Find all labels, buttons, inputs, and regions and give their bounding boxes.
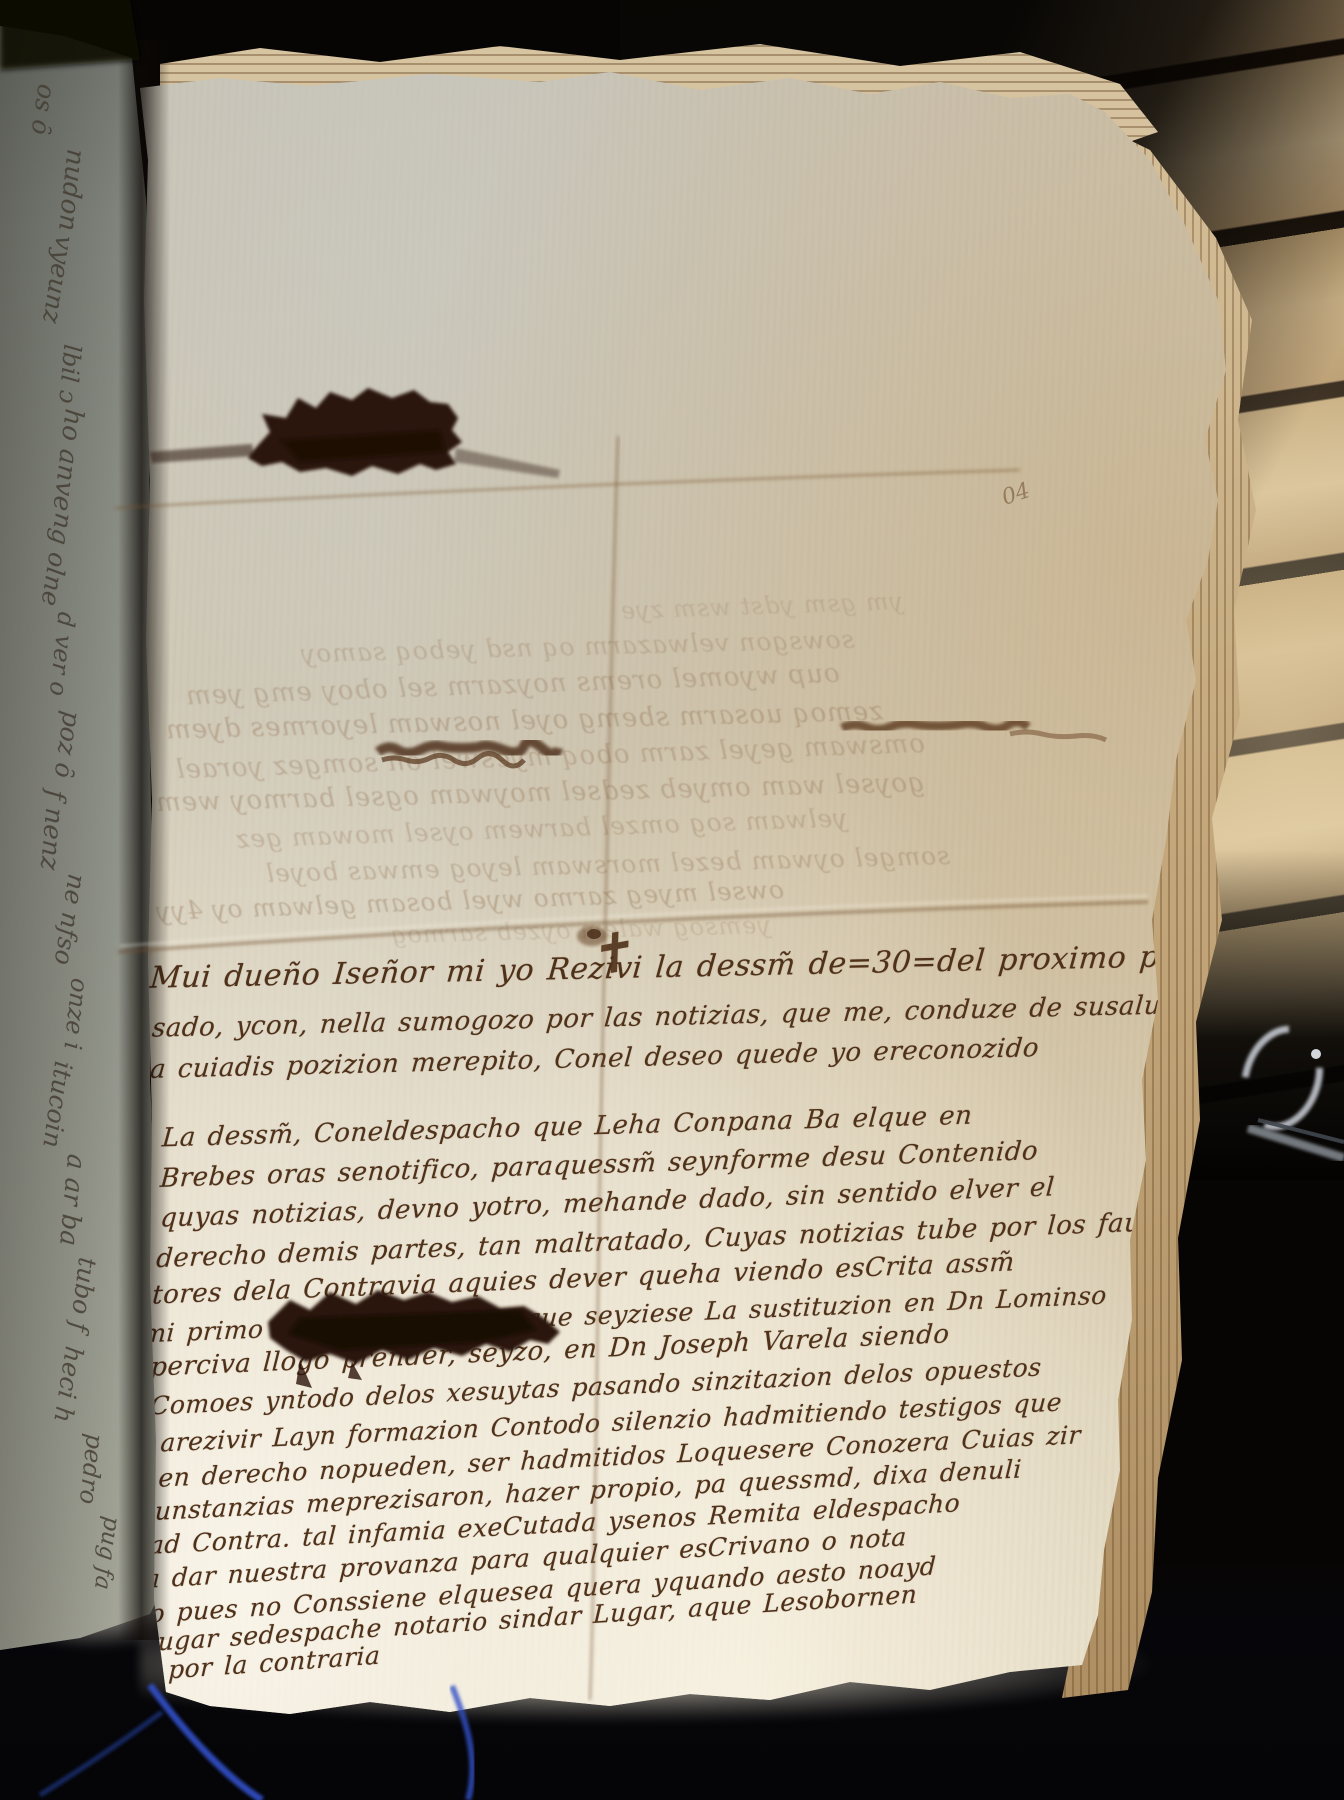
strikeout-scribble-right [842,722,1028,730]
ink-blot-drips [296,1360,362,1388]
overlay-graphics [0,0,1344,1800]
metal-clasp-ring [1232,1019,1331,1136]
ink-blot-right-smear [454,448,560,478]
horizontal-crease-upper [115,470,1020,508]
fabric-blue-piping-2 [40,1712,162,1795]
ink-blot-smear-tail [150,444,254,463]
fabric-blue-piping-3 [452,1686,472,1800]
manuscript-photo: os ȏ nudon vyeunz lbil ɔ ho anve ng olne… [0,0,1344,1800]
metal-clasp-bar [1248,1128,1344,1158]
metal-clasp-highlight [1311,1049,1321,1059]
fabric-blue-piping-1 [150,1685,262,1800]
strikeout-scribble-left [378,741,558,754]
fold-stain-core [587,929,601,939]
horizontal-fold-crease [118,902,1148,952]
dark-corner-top-left [0,0,140,70]
vertical-crease [590,436,618,1700]
strikeout-scribble-right-fade [1010,732,1106,740]
